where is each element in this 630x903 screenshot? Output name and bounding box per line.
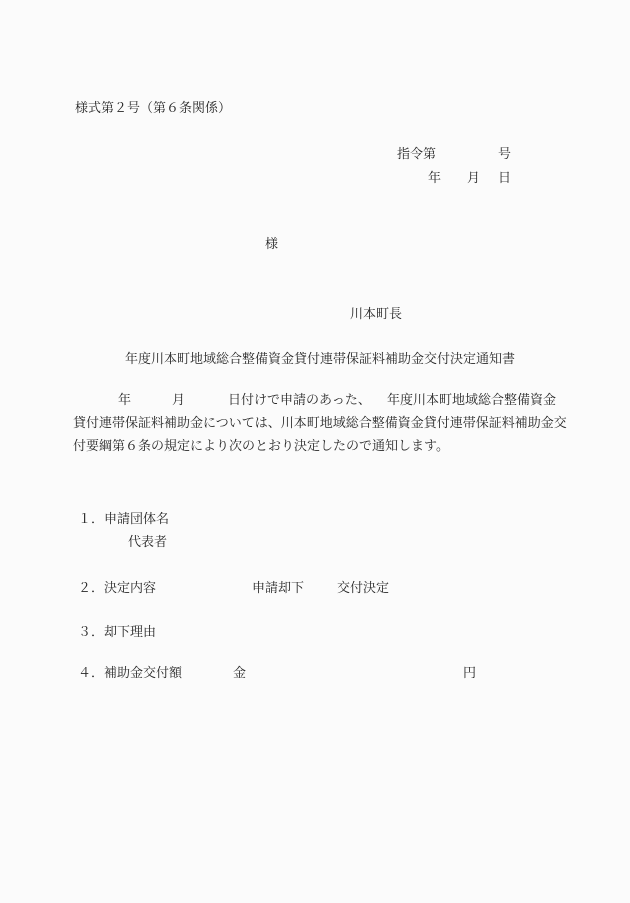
sender-title: 川本町長 <box>350 306 402 321</box>
form-number: 様式第２号（第６条関係） <box>75 100 231 115</box>
date-month-label: 月 <box>467 170 480 185</box>
addressee-honorific: 様 <box>265 236 278 251</box>
item1-applicant-org-label: １．申請団体名 <box>78 511 169 526</box>
item4-currency-suffix: 円 <box>463 665 476 680</box>
item1-representative-label: 代表者 <box>128 534 167 549</box>
body-line3: 付要綱第６条の規定により次のとおり決定したので通知します。 <box>73 438 449 453</box>
body-line1-month: 月 <box>172 392 185 407</box>
body-line2: 貸付連帯保証料補助金については、川本町地域総合整備資金貸付連帯保証料補助金交 <box>73 415 567 430</box>
document-page: { "page": { "form_number": "様式第２号（第６条関係）… <box>0 0 630 903</box>
body-line1-day-phrase: 日付けで申請のあった、 <box>228 392 371 407</box>
directive-number-suffix: 号 <box>498 146 511 161</box>
item4-currency-prefix: 金 <box>233 665 246 680</box>
item4-amount-label: ４．補助金交付額 <box>78 665 182 680</box>
body-line1-fiscal-phrase: 年度川本町地域総合整備資金 <box>387 392 556 407</box>
directive-number-prefix: 指令第 <box>397 146 436 161</box>
date-year-label: 年 <box>428 170 441 185</box>
date-day-label: 日 <box>498 170 511 185</box>
body-line1-year: 年 <box>118 392 131 407</box>
item2-option-grant: 交付決定 <box>337 580 389 595</box>
document-title: 年度川本町地域総合整備資金貸付連帯保証料補助金交付決定通知書 <box>125 351 515 366</box>
item3-rejection-reason-label: ３．却下理由 <box>78 624 156 639</box>
item2-decision-label: ２．決定内容 <box>78 580 156 595</box>
item2-option-rejection: 申請却下 <box>252 580 304 595</box>
